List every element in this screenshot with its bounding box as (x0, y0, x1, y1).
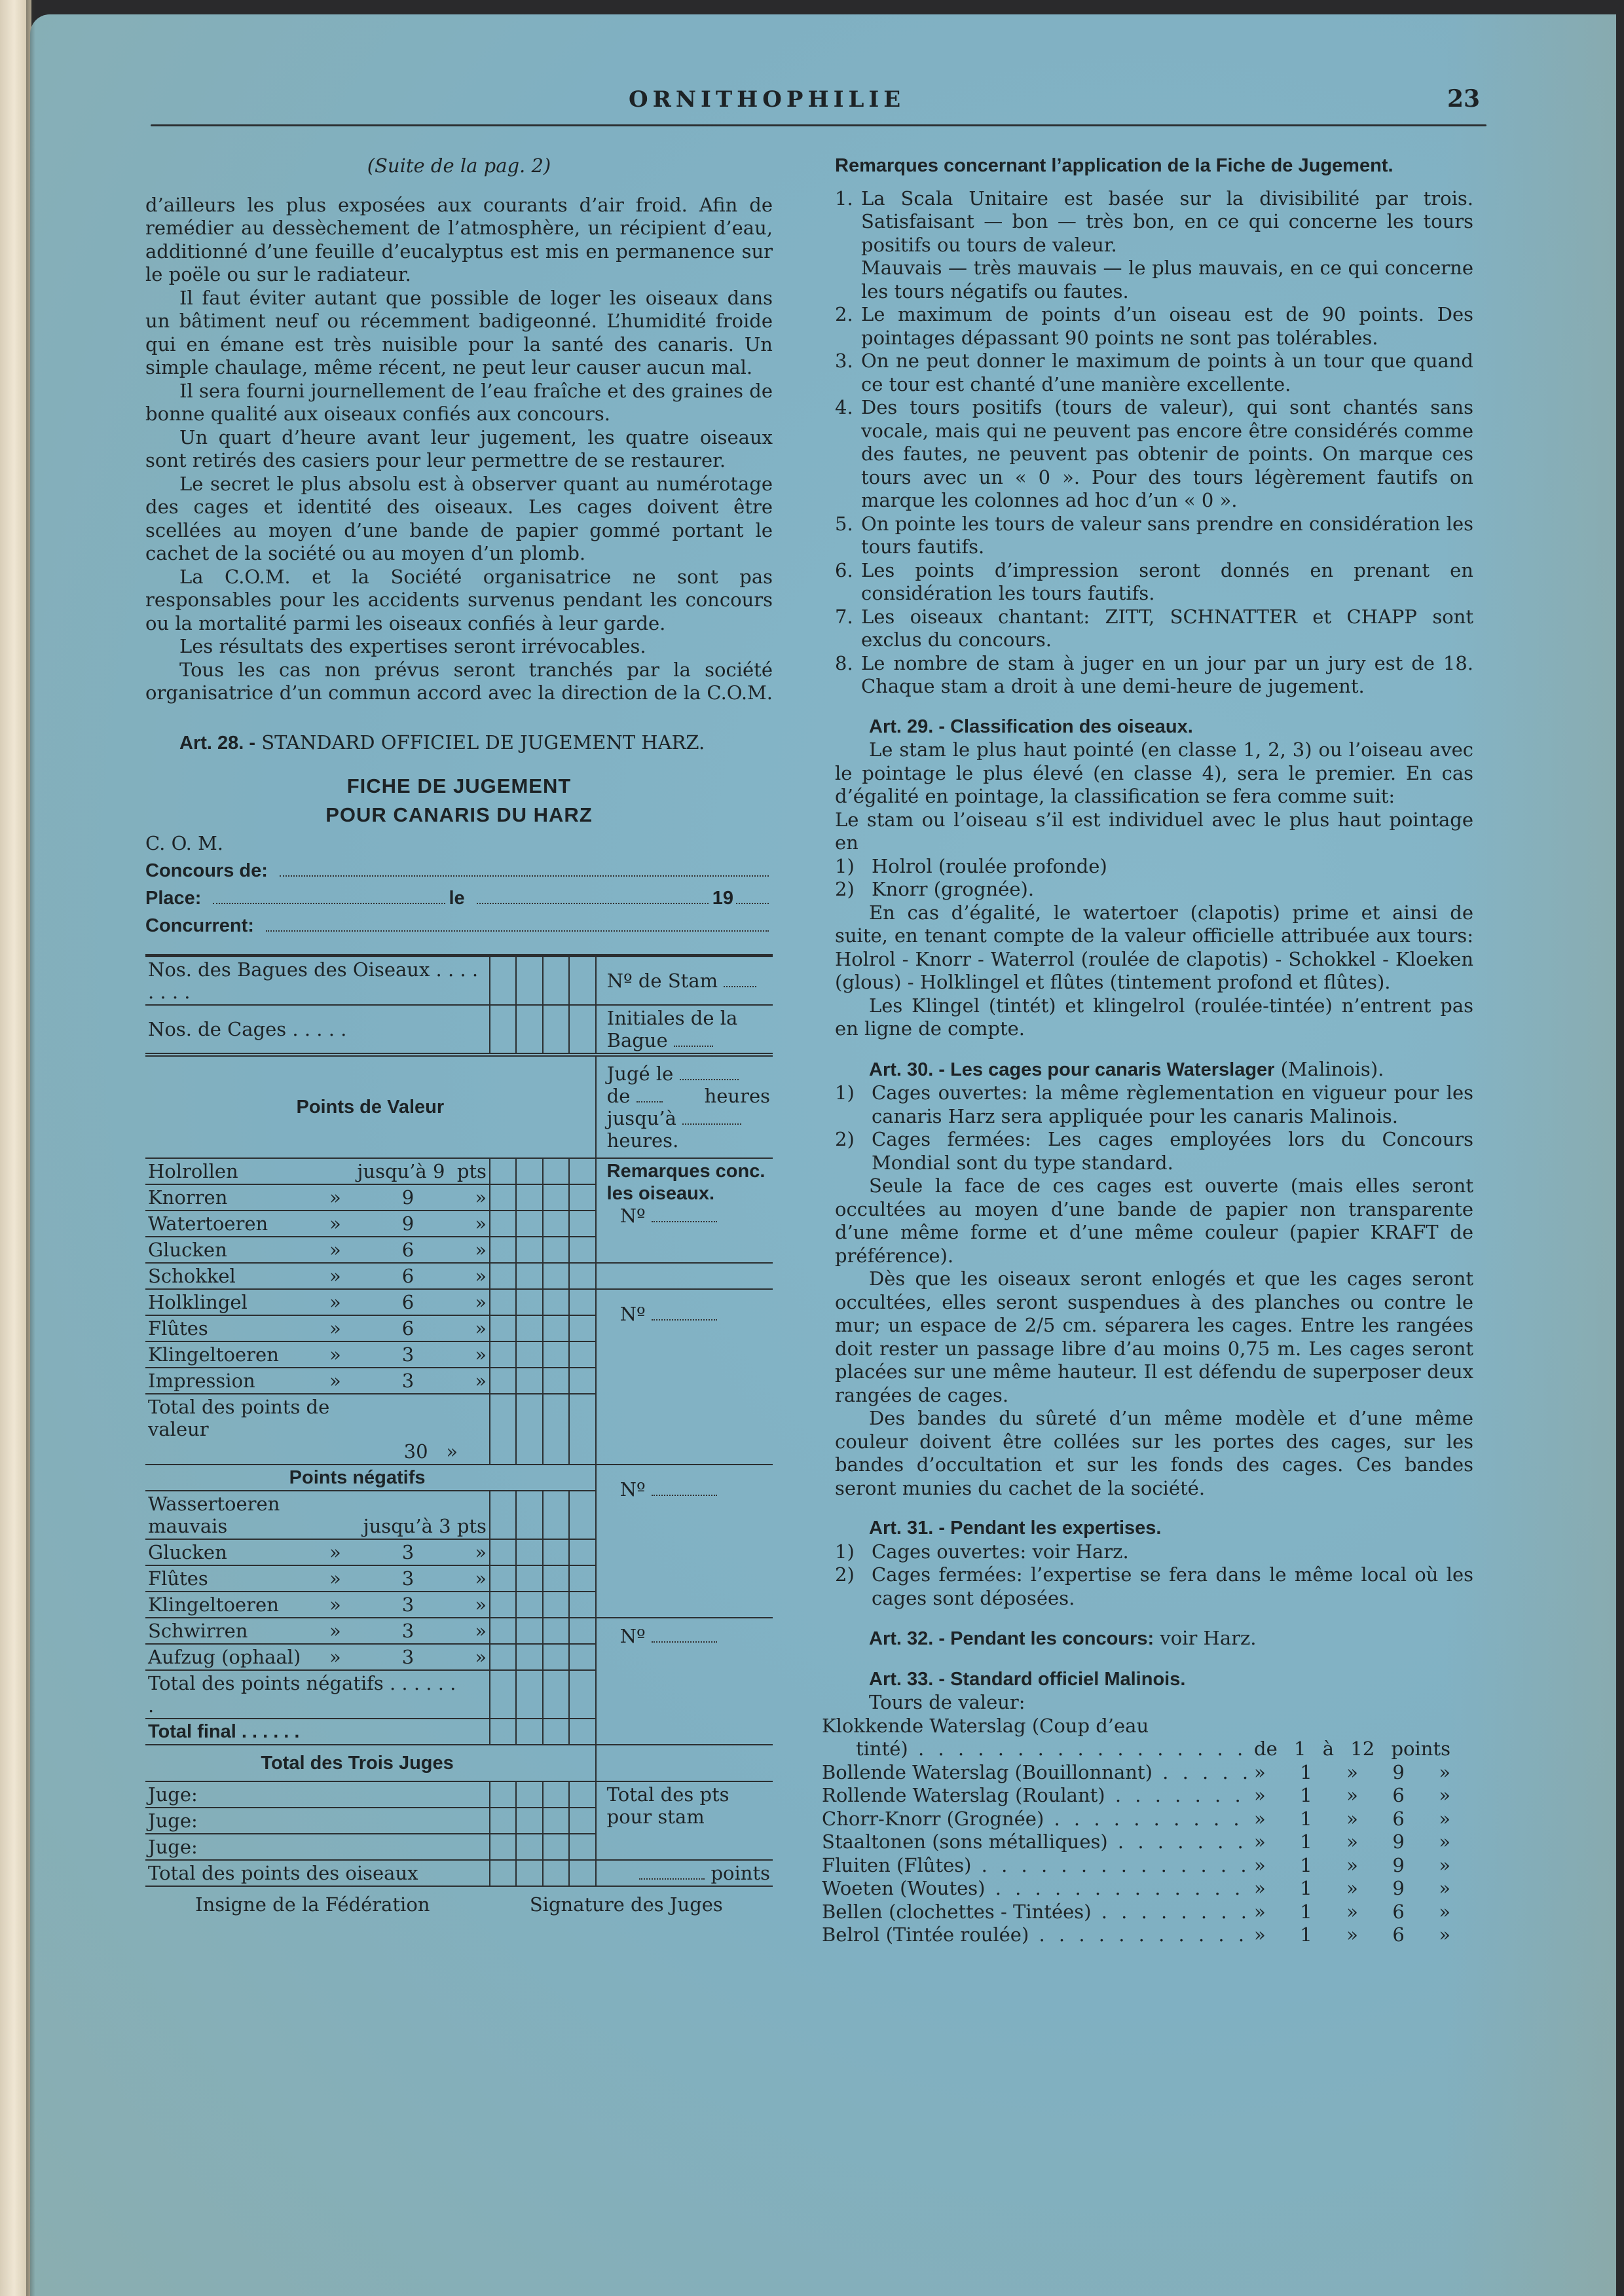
page-content: ORNITHOPHILIE 23 (Suite de la pag. 2) d’… (0, 0, 1624, 2296)
score-cell[interactable] (543, 1315, 569, 1341)
score-cell[interactable] (490, 1860, 516, 1886)
list-item: 1)Cages ouvertes: voir Harz. (835, 1540, 1473, 1564)
paragraph: Tous les cas non prévus seront tranchés … (145, 659, 773, 705)
score-cell[interactable] (516, 1341, 542, 1368)
score-cell[interactable] (490, 1394, 516, 1465)
score-cell[interactable] (569, 1834, 595, 1860)
score-cell[interactable] (569, 1158, 595, 1184)
score-cell[interactable] (569, 1781, 595, 1808)
score-cell[interactable] (569, 1211, 595, 1237)
score-cell[interactable] (569, 1184, 595, 1211)
score-cell[interactable] (543, 1808, 569, 1834)
score-cell[interactable] (516, 1289, 542, 1315)
form-org: C. O. M. (145, 829, 773, 857)
concours-label: Concours de: (145, 857, 268, 884)
score-cell[interactable] (516, 1808, 542, 1834)
concours-blank[interactable] (280, 875, 769, 877)
score-cell[interactable] (569, 1592, 595, 1618)
remarques-no-cell[interactable]: Nº (596, 1289, 773, 1465)
score-cell[interactable] (516, 1539, 542, 1565)
article-33-heading: Art. 33. - Standard officiel Malinois. (835, 1668, 1473, 1692)
score-cell[interactable] (569, 1289, 595, 1315)
list-item: Mauvais — très mauvais — le plus mauvais… (835, 257, 1473, 303)
signature-label: Signature des Juges (530, 1893, 723, 1916)
score-cell[interactable] (490, 1237, 516, 1263)
list-item: 3.On ne peut donner le maximum de points… (835, 350, 1473, 396)
stam-number-cell[interactable]: Nº de Stam (596, 956, 773, 1006)
tour-row: Woeten (Woutes)»1»9» (822, 1877, 1477, 1901)
remarques-no-cell[interactable]: Nº (596, 1465, 773, 1618)
paragraph: Seule la face de ces cages est ouverte (… (835, 1175, 1473, 1267)
table-row-points-negatifs-head: Points négatifs Nº (145, 1465, 773, 1491)
score-cell[interactable] (490, 1834, 516, 1860)
score-cell[interactable] (516, 1184, 542, 1211)
paragraph: Il faut éviter autant que possible de lo… (145, 287, 773, 380)
score-cell[interactable] (543, 956, 569, 1006)
classification-list: 1)Holrol (roulée profonde) 2)Knorr (grog… (835, 855, 1473, 902)
score-cell[interactable] (490, 1005, 516, 1055)
table-row-cages: Nos. de Cages . . . . . Initiales de la … (145, 1005, 773, 1055)
score-cell[interactable] (516, 1565, 542, 1592)
tour-row: Fluiten (Flûtes)»1»9» (822, 1854, 1477, 1878)
score-cell[interactable] (490, 1781, 516, 1808)
right-column: Remarques concernant l’application de la… (835, 155, 1473, 1947)
list-item: 4.Des tours positifs (tours de valeur), … (835, 396, 1473, 513)
bagues-label: Nos. des Bagues des Oiseaux . . . . . . … (145, 956, 490, 1006)
score-cell[interactable] (543, 1184, 569, 1211)
score-cell[interactable] (569, 1315, 595, 1341)
score-cell[interactable] (543, 1860, 569, 1886)
score-cell[interactable] (543, 1368, 569, 1394)
concurrent-label: Concurrent: (145, 912, 254, 939)
concours-field[interactable]: Concours de: (145, 857, 773, 884)
cages-label: Nos. de Cages . . . . . (145, 1005, 490, 1055)
score-cell[interactable] (569, 1618, 595, 1644)
paragraph: Le stam ou l’oiseau s’il est individuel … (835, 809, 1473, 855)
list-item: 1.La Scala Unitaire est basée sur la div… (835, 187, 1473, 257)
table-row-bagues: Nos. des Bagues des Oiseaux . . . . . . … (145, 956, 773, 1006)
score-cell[interactable] (490, 1491, 516, 1539)
article-title: STANDARD OFFICIEL DE JUGEMENT HARZ. (261, 731, 705, 754)
score-cell[interactable] (543, 1394, 569, 1465)
list-item: 1)Holrol (roulée profonde) (835, 855, 1473, 879)
list-item: 2)Knorr (grognée). (835, 878, 1473, 902)
cages-list: 1)Cages ouvertes: la même règlementation… (835, 1082, 1473, 1175)
article-32-heading: Art. 32. - Pendant les concours: voir Ha… (835, 1627, 1473, 1651)
score-cell[interactable] (569, 1644, 595, 1670)
score-cell[interactable] (543, 1618, 569, 1644)
score-cell[interactable] (569, 1237, 595, 1263)
score-cell[interactable] (490, 1565, 516, 1592)
score-cell[interactable] (569, 1394, 595, 1465)
score-cell[interactable] (490, 1618, 516, 1644)
place-field[interactable]: Place: le 19 (145, 884, 773, 912)
score-cell[interactable] (543, 1341, 569, 1368)
remarques-list: 1.La Scala Unitaire est basée sur la div… (835, 187, 1473, 699)
list-item: 1)Cages ouvertes: la même règlementation… (835, 1082, 1473, 1128)
score-cell[interactable] (543, 1289, 569, 1315)
list-item: 2)Cages fermées: Les cages employées lor… (835, 1128, 1473, 1175)
year-blank[interactable] (736, 902, 769, 904)
score-cell[interactable] (543, 1781, 569, 1808)
score-cell[interactable] (569, 1005, 595, 1055)
concurrent-blank[interactable] (266, 930, 769, 932)
score-cell[interactable] (490, 1368, 516, 1394)
place-blank[interactable] (213, 902, 445, 904)
score-cell[interactable] (490, 1808, 516, 1834)
score-cell[interactable] (516, 1491, 542, 1539)
paragraph: Le stam le plus haut pointé (en classe 1… (835, 738, 1473, 809)
initiales-cell[interactable]: Initiales de la Bague (596, 1005, 773, 1055)
score-cell[interactable] (569, 1341, 595, 1368)
score-cell[interactable] (516, 1860, 542, 1886)
score-cell[interactable] (543, 1592, 569, 1618)
score-cell[interactable] (490, 1644, 516, 1670)
running-head: ORNITHOPHILIE (629, 86, 905, 113)
list-item: 2.Le maximum de points d’un oiseau est d… (835, 303, 1473, 350)
score-cell[interactable] (543, 1565, 569, 1592)
list-item: 2)Cages fermées: l’expertise se fera dan… (835, 1563, 1473, 1610)
score-cell[interactable] (516, 1211, 542, 1237)
paragraph: Dès que les oiseaux seront enlogés et qu… (835, 1267, 1473, 1407)
score-cell[interactable] (516, 1834, 542, 1860)
score-cell[interactable] (543, 1719, 569, 1745)
judging-form-table: Nos. des Bagues des Oiseaux . . . . . . … (145, 954, 773, 1888)
paragraph: Les résultats des expertises seront irré… (145, 635, 773, 659)
table-row-trois-juges-head: Total des Trois Juges (145, 1745, 773, 1781)
score-cell[interactable] (516, 1644, 542, 1670)
score-cell[interactable] (490, 1289, 516, 1315)
score-cell[interactable] (516, 1237, 542, 1263)
paragraph: d’ailleurs les plus exposées aux courant… (145, 194, 773, 287)
score-cell[interactable] (516, 1781, 542, 1808)
score-cell[interactable] (569, 1860, 595, 1886)
paragraph: La C.O.M. et la Société organisatrice ne… (145, 566, 773, 636)
tour-row: Bellen (clochettes - Tintées)»1»6» (822, 1901, 1477, 1924)
score-cell[interactable] (490, 1539, 516, 1565)
tour-row: Klokkende Waterslag (Coup d’eau (822, 1715, 1477, 1738)
score-cell[interactable] (543, 1263, 569, 1289)
score-cell[interactable] (543, 1644, 569, 1670)
table-row-valeur: Schokkel»6» (145, 1263, 773, 1289)
org-label: C. O. M. (145, 829, 223, 857)
paragraph: Il sera fourni journellement de l’eau fr… (145, 380, 773, 426)
score-cell[interactable] (569, 1719, 595, 1745)
remarques-title: Remarques concernant l’application de la… (835, 155, 1473, 178)
list-item: 5.On pointe les tours de valeur sans pre… (835, 513, 1473, 559)
score-cell[interactable] (569, 956, 595, 1006)
year-label: 19 (712, 884, 733, 912)
score-cell[interactable] (516, 1315, 542, 1341)
score-cell[interactable] (490, 1719, 516, 1745)
place-label: Place: (145, 884, 201, 912)
tour-row: tinté) de1à12points (822, 1738, 1477, 1761)
score-cell[interactable] (543, 1834, 569, 1860)
total-stam-cell: Total des pts pour stam (596, 1781, 773, 1860)
tour-row: Bollende Waterslag (Bouillonnant)»1»9» (822, 1761, 1477, 1785)
tour-row: Rollende Waterslag (Roulant)»1»6» (822, 1784, 1477, 1808)
table-row-negatif: Schwirren»3» Nº (145, 1618, 773, 1644)
score-cell[interactable] (490, 1592, 516, 1618)
total-points-cell[interactable]: points (596, 1860, 773, 1886)
score-cell[interactable] (543, 1670, 569, 1719)
form-title-line2: POUR CANARIS DU HARZ (145, 801, 773, 829)
score-cell[interactable] (543, 1491, 569, 1539)
signature-line: Insigne de la Fédération Signature des J… (145, 1893, 773, 1916)
paragraph: Des bandes du sûreté d’un même modèle et… (835, 1407, 1473, 1500)
score-cell[interactable] (490, 1341, 516, 1368)
score-cell[interactable] (569, 1808, 595, 1834)
tour-row: Chorr-Knorr (Grognée)»1»6» (822, 1808, 1477, 1831)
score-cell[interactable] (516, 1618, 542, 1644)
form-title-line1: FICHE DE JUGEMENT (145, 772, 773, 801)
score-cell[interactable] (516, 1670, 542, 1719)
tour-row: Belrol (Tintée roulée)»1»6» (822, 1923, 1477, 1947)
score-cell[interactable] (490, 1184, 516, 1211)
score-cell[interactable] (490, 1263, 516, 1289)
list-item: 8.Le nombre de stam à juger en un jour p… (835, 652, 1473, 699)
concurrent-field[interactable]: Concurrent: (145, 912, 773, 939)
tour-row: Staaltonen (sons métalliques)»1»9» (822, 1831, 1477, 1854)
article-29-heading: Art. 29. - Classification des oiseaux. (835, 716, 1473, 739)
score-cell[interactable] (516, 956, 542, 1006)
score-cell[interactable] (543, 1237, 569, 1263)
score-cell[interactable] (490, 1315, 516, 1341)
points-negatifs-heading: Points négatifs (145, 1465, 569, 1491)
score-cell[interactable] (543, 1005, 569, 1055)
score-cell[interactable] (569, 1368, 595, 1394)
remarques-no-cell[interactable]: Nº (596, 1618, 773, 1745)
article-number: Art. 28. - (179, 733, 255, 754)
score-cell[interactable] (490, 1670, 516, 1719)
remarques-cell[interactable]: Remarques conc. les oiseaux. Nº (596, 1158, 773, 1263)
article-28-heading: Art. 28. - STANDARD OFFICIEL DE JUGEMENT… (145, 731, 773, 756)
article-30-heading: Art. 30. - Les cages pour canaris Waters… (835, 1058, 1473, 1082)
juge-time-cell[interactable]: Jugé le de heures jusqu’à heures. (596, 1055, 773, 1158)
score-cell[interactable] (490, 1211, 516, 1237)
score-cell[interactable] (569, 1539, 595, 1565)
table-row-total-oiseaux: Total des points des oiseaux points (145, 1860, 773, 1886)
table-row-valeur: Holrollenjusqu’à 9 pts Remarques conc. l… (145, 1158, 773, 1184)
paragraph: Les Klingel (tintét) et klingelrol (roul… (835, 994, 1473, 1041)
tours-subtitle: Tours de valeur: (835, 1691, 1473, 1715)
score-cell[interactable] (516, 1719, 542, 1745)
list-item: 6.Les points d’impression seront donnés … (835, 559, 1473, 606)
left-column: (Suite de la pag. 2) d’ailleurs les plus… (145, 155, 773, 1916)
table-row-points-valeur-head: Points de Valeur Jugé le de heures jusqu… (145, 1055, 773, 1158)
trois-juges-heading: Total des Trois Juges (145, 1745, 569, 1781)
paragraph: Un quart d’heure avant leur jugement, le… (145, 426, 773, 473)
paragraph: En cas d’égalité, le watertoer (clapotis… (835, 902, 1473, 994)
continued-note: (Suite de la pag. 2) (145, 155, 773, 178)
points-valeur-heading: Points de Valeur (145, 1055, 596, 1158)
score-cell[interactable] (569, 1263, 595, 1289)
expertises-list: 1)Cages ouvertes: voir Harz. 2)Cages fer… (835, 1540, 1473, 1611)
score-cell[interactable] (490, 1158, 516, 1184)
paragraph: Le secret le plus absolu est à observer … (145, 473, 773, 566)
score-cell[interactable] (543, 1211, 569, 1237)
table-row-juge: Juge: Total des pts pour stam (145, 1781, 773, 1808)
score-cell[interactable] (569, 1491, 595, 1539)
score-cell[interactable] (543, 1158, 569, 1184)
list-item: 7.Les oiseaux chantant: ZITT, SCHNATTER … (835, 606, 1473, 652)
score-cell[interactable] (490, 956, 516, 1006)
insigne-label: Insigne de la Fédération (195, 1893, 430, 1916)
score-cell[interactable] (569, 1565, 595, 1592)
date-blank[interactable] (477, 902, 709, 904)
table-row-valeur: Holklingel»6» Nº (145, 1289, 773, 1315)
remarques-blank[interactable] (596, 1263, 773, 1289)
header-rule (151, 124, 1486, 126)
score-cell[interactable] (516, 1394, 542, 1465)
score-cell[interactable] (516, 1263, 542, 1289)
tours-de-valeur-table: Klokkende Waterslag (Coup d’eau tinté) d… (822, 1715, 1477, 1947)
page-number: 23 (1447, 85, 1480, 113)
score-cell[interactable] (516, 1592, 542, 1618)
score-cell[interactable] (516, 1368, 542, 1394)
article-31-heading: Art. 31. - Pendant les expertises. (835, 1517, 1473, 1540)
score-cell[interactable] (543, 1539, 569, 1565)
score-cell[interactable] (569, 1670, 595, 1719)
date-label: le (449, 884, 465, 912)
score-cell[interactable] (516, 1005, 542, 1055)
score-cell[interactable] (516, 1158, 542, 1184)
